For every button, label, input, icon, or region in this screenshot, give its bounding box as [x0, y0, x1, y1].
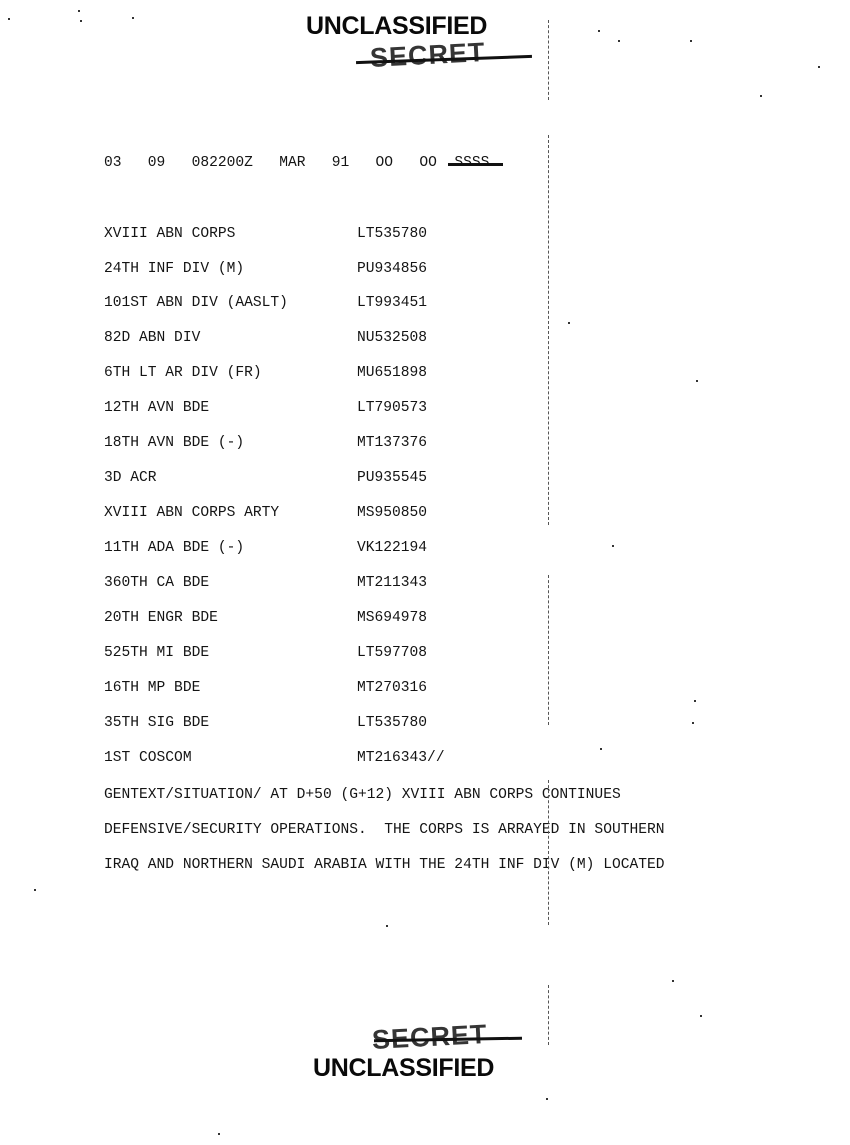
- unit-grid-location: MT137376: [357, 436, 427, 451]
- unit-name: XVIII ABN CORPS ARTY: [104, 506, 279, 521]
- gentext-line: IRAQ AND NORTHERN SAUDI ARABIA WITH THE …: [104, 858, 665, 873]
- scan-speck: [80, 20, 82, 22]
- unit-grid-location: NU532508: [357, 331, 427, 346]
- scan-speck: [132, 17, 134, 19]
- scan-margin-rule: [548, 135, 550, 525]
- unit-grid-location: PU934856: [357, 262, 427, 277]
- unit-grid-location: LT535780: [357, 227, 427, 242]
- unit-name: XVIII ABN CORPS: [104, 227, 235, 242]
- scan-margin-rule: [548, 20, 550, 100]
- unit-name: 20TH ENGR BDE: [104, 611, 218, 626]
- unit-grid-location: VK122194: [357, 541, 427, 556]
- unit-name: 3D ACR: [104, 471, 157, 486]
- scan-speck: [690, 40, 692, 42]
- unit-name: 24TH INF DIV (M): [104, 262, 244, 277]
- scan-speck: [546, 1098, 548, 1100]
- unit-grid-location: MU651898: [357, 366, 427, 381]
- unit-name: 35TH SIG BDE: [104, 716, 209, 731]
- scan-speck: [694, 700, 696, 702]
- classification-marking-bottom: UNCLASSIFIED: [313, 1054, 494, 1083]
- scan-speck: [568, 322, 570, 324]
- scan-margin-rule: [548, 575, 550, 725]
- unit-grid-location: MS694978: [357, 611, 427, 626]
- scan-speck: [612, 545, 614, 547]
- scan-speck: [700, 1015, 702, 1017]
- date-time-group-line: 03 09 082200Z MAR 91 OO OO SSSS: [104, 156, 489, 171]
- gentext-line: GENTEXT/SITUATION/ AT D+50 (G+12) XVIII …: [104, 788, 621, 803]
- unit-name: 11TH ADA BDE (-): [104, 541, 244, 556]
- dtg-field: 082200Z: [192, 156, 253, 171]
- scan-speck: [818, 66, 820, 68]
- unit-name: 101ST ABN DIV (AASLT): [104, 296, 288, 311]
- unit-name: 18TH AVN BDE (-): [104, 436, 244, 451]
- scan-speck: [8, 18, 10, 20]
- unit-name: 12TH AVN BDE: [104, 401, 209, 416]
- dtg-field: OO: [419, 156, 437, 171]
- dtg-field: 03: [104, 156, 122, 171]
- scan-speck: [34, 889, 36, 891]
- scan-speck: [600, 748, 602, 750]
- unit-name: 525TH MI BDE: [104, 646, 209, 661]
- unit-name: 16TH MP BDE: [104, 681, 200, 696]
- scan-speck: [760, 95, 762, 97]
- scan-speck: [696, 380, 698, 382]
- unit-name: 6TH LT AR DIV (FR): [104, 366, 262, 381]
- unit-grid-location: MT216343//: [357, 751, 445, 766]
- classification-marking-top: UNCLASSIFIED: [306, 12, 487, 41]
- scan-speck: [218, 1133, 220, 1135]
- scan-speck: [386, 925, 388, 927]
- unit-grid-location: MT211343: [357, 576, 427, 591]
- unit-grid-location: MS950850: [357, 506, 427, 521]
- scan-speck: [598, 30, 600, 32]
- scan-margin-rule: [548, 985, 550, 1045]
- dtg-field: 91: [332, 156, 350, 171]
- gentext-line: DEFENSIVE/SECURITY OPERATIONS. THE CORPS…: [104, 823, 665, 838]
- unit-grid-location: PU935545: [357, 471, 427, 486]
- unit-name: 1ST COSCOM: [104, 751, 192, 766]
- struck-classification-top: SECRET: [369, 37, 486, 74]
- unit-name: 82D ABN DIV: [104, 331, 200, 346]
- scan-speck: [78, 10, 80, 12]
- scan-speck: [692, 722, 694, 724]
- unit-grid-location: LT535780: [357, 716, 427, 731]
- unit-grid-location: LT597708: [357, 646, 427, 661]
- unit-name: 360TH CA BDE: [104, 576, 209, 591]
- dtg-field: 09: [148, 156, 166, 171]
- scan-margin-rule: [548, 780, 550, 925]
- scan-speck: [672, 980, 674, 982]
- dtg-field: MAR: [279, 156, 305, 171]
- unit-grid-location: LT993451: [357, 296, 427, 311]
- unit-grid-location: MT270316: [357, 681, 427, 696]
- dtg-field: OO: [376, 156, 394, 171]
- unit-grid-location: LT790573: [357, 401, 427, 416]
- scan-speck: [618, 40, 620, 42]
- struck-dtg-field: SSSS: [454, 156, 489, 171]
